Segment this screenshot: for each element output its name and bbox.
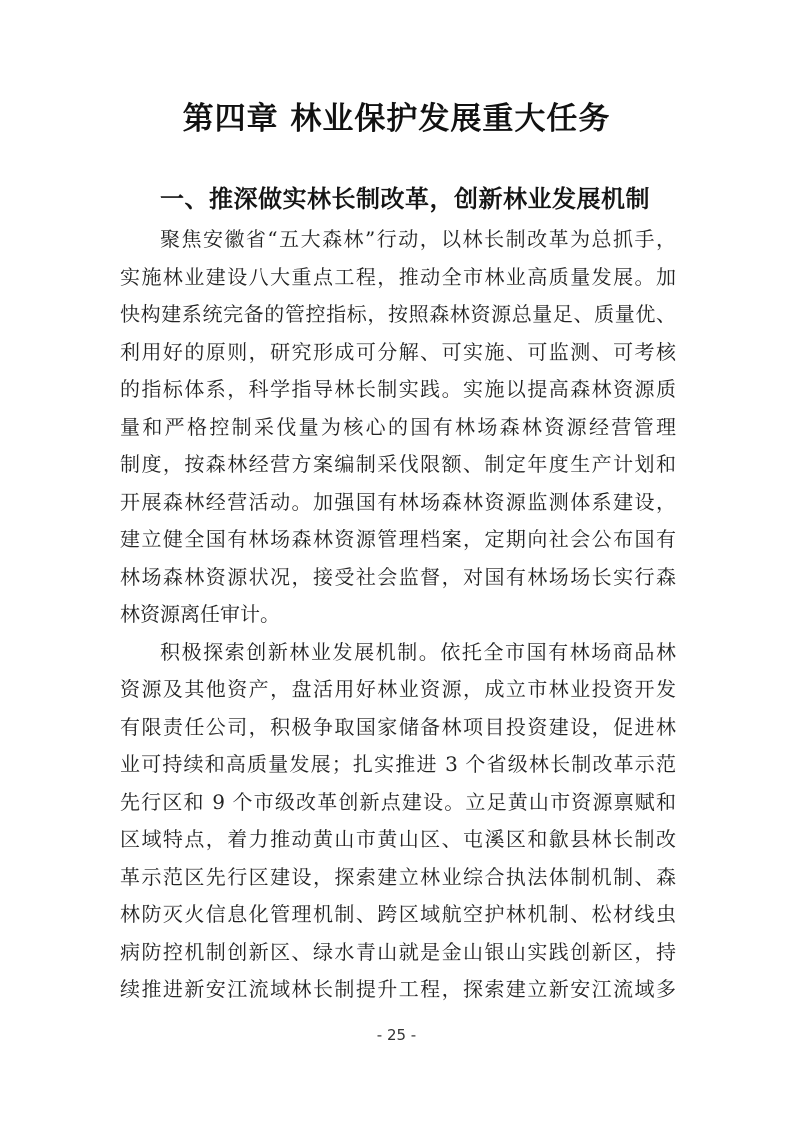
paragraph-2-line: 有限责任公司，积极争取国家储备林项目投资建设，促进林	[120, 709, 676, 747]
page-number: - 25 -	[0, 1026, 793, 1044]
paragraph-1-line: 制度，按森林经营方案编制采伐限额、制定年度生产计划和	[120, 446, 676, 484]
paragraph-2-line: 病防控机制创新区、绿水青山就是金山银山实践创新区，持	[120, 934, 676, 972]
document-page: 第四章 林业保护发展重大任务 一、推深做实林长制改革，创新林业发展机制 聚焦安徽…	[0, 0, 793, 1122]
chapter-title: 第四章 林业保护发展重大任务	[0, 93, 793, 138]
paragraph-1-line: 利用好的原则，研究形成可分解、可实施、可监测、可考核	[120, 334, 676, 372]
paragraph-1-line: 实施林业建设八大重点工程，推动全市林业高质量发展。加	[120, 259, 676, 297]
paragraph-2-line: 革示范区先行区建设，探索建立林业综合执法体制机制、森	[120, 859, 676, 897]
paragraph-2-line: 区域特点，着力推动黄山市黄山区、屯溪区和歙县林长制改	[120, 821, 676, 859]
paragraph-1-line: 建立健全国有林场森林资源管理档案，定期向社会公布国有	[120, 521, 676, 559]
paragraph-2-line: 林防灭火信息化管理机制、跨区域航空护林机制、松材线虫	[120, 896, 676, 934]
paragraph-2-line: 续推进新安江流域林长制提升工程，探索建立新安江流域多	[120, 971, 676, 1009]
paragraph-1-line: 聚焦安徽省“五大森林”行动，以林长制改革为总抓手，	[120, 221, 676, 259]
paragraph-2-line: 资源及其他资产，盘活用好林业资源，成立市林业投资开发	[120, 671, 676, 709]
paragraph-2-line: 先行区和 9 个市级改革创新点建设。立足黄山市资源禀赋和	[120, 784, 676, 822]
paragraph-1-line: 开展森林经营活动。加强国有林场森林资源监测体系建设，	[120, 484, 676, 522]
section-heading: 一、推深做实林长制改革，创新林业发展机制	[120, 179, 716, 214]
paragraph-2-line: 积极探索创新林业发展机制。依托全市国有林场商品林	[120, 634, 676, 672]
paragraph-1-line: 快构建系统完备的管控指标，按照森林资源总量足、质量优、	[120, 296, 676, 334]
paragraph-2-line: 业可持续和高质量发展；扎实推进 3 个省级林长制改革示范	[120, 746, 676, 784]
paragraph-1-line: 量和严格控制采伐量为核心的国有林场森林资源经营管理	[120, 409, 676, 447]
paragraph-1-line: 林资源离任审计。	[120, 596, 676, 634]
body-text: 聚焦安徽省“五大森林”行动，以林长制改革为总抓手， 实施林业建设八大重点工程，推…	[120, 221, 676, 1009]
paragraph-1-line: 林场森林资源状况，接受社会监督，对国有林场场长实行森	[120, 559, 676, 597]
paragraph-1-line: 的指标体系，科学指导林长制实践。实施以提高森林资源质	[120, 371, 676, 409]
